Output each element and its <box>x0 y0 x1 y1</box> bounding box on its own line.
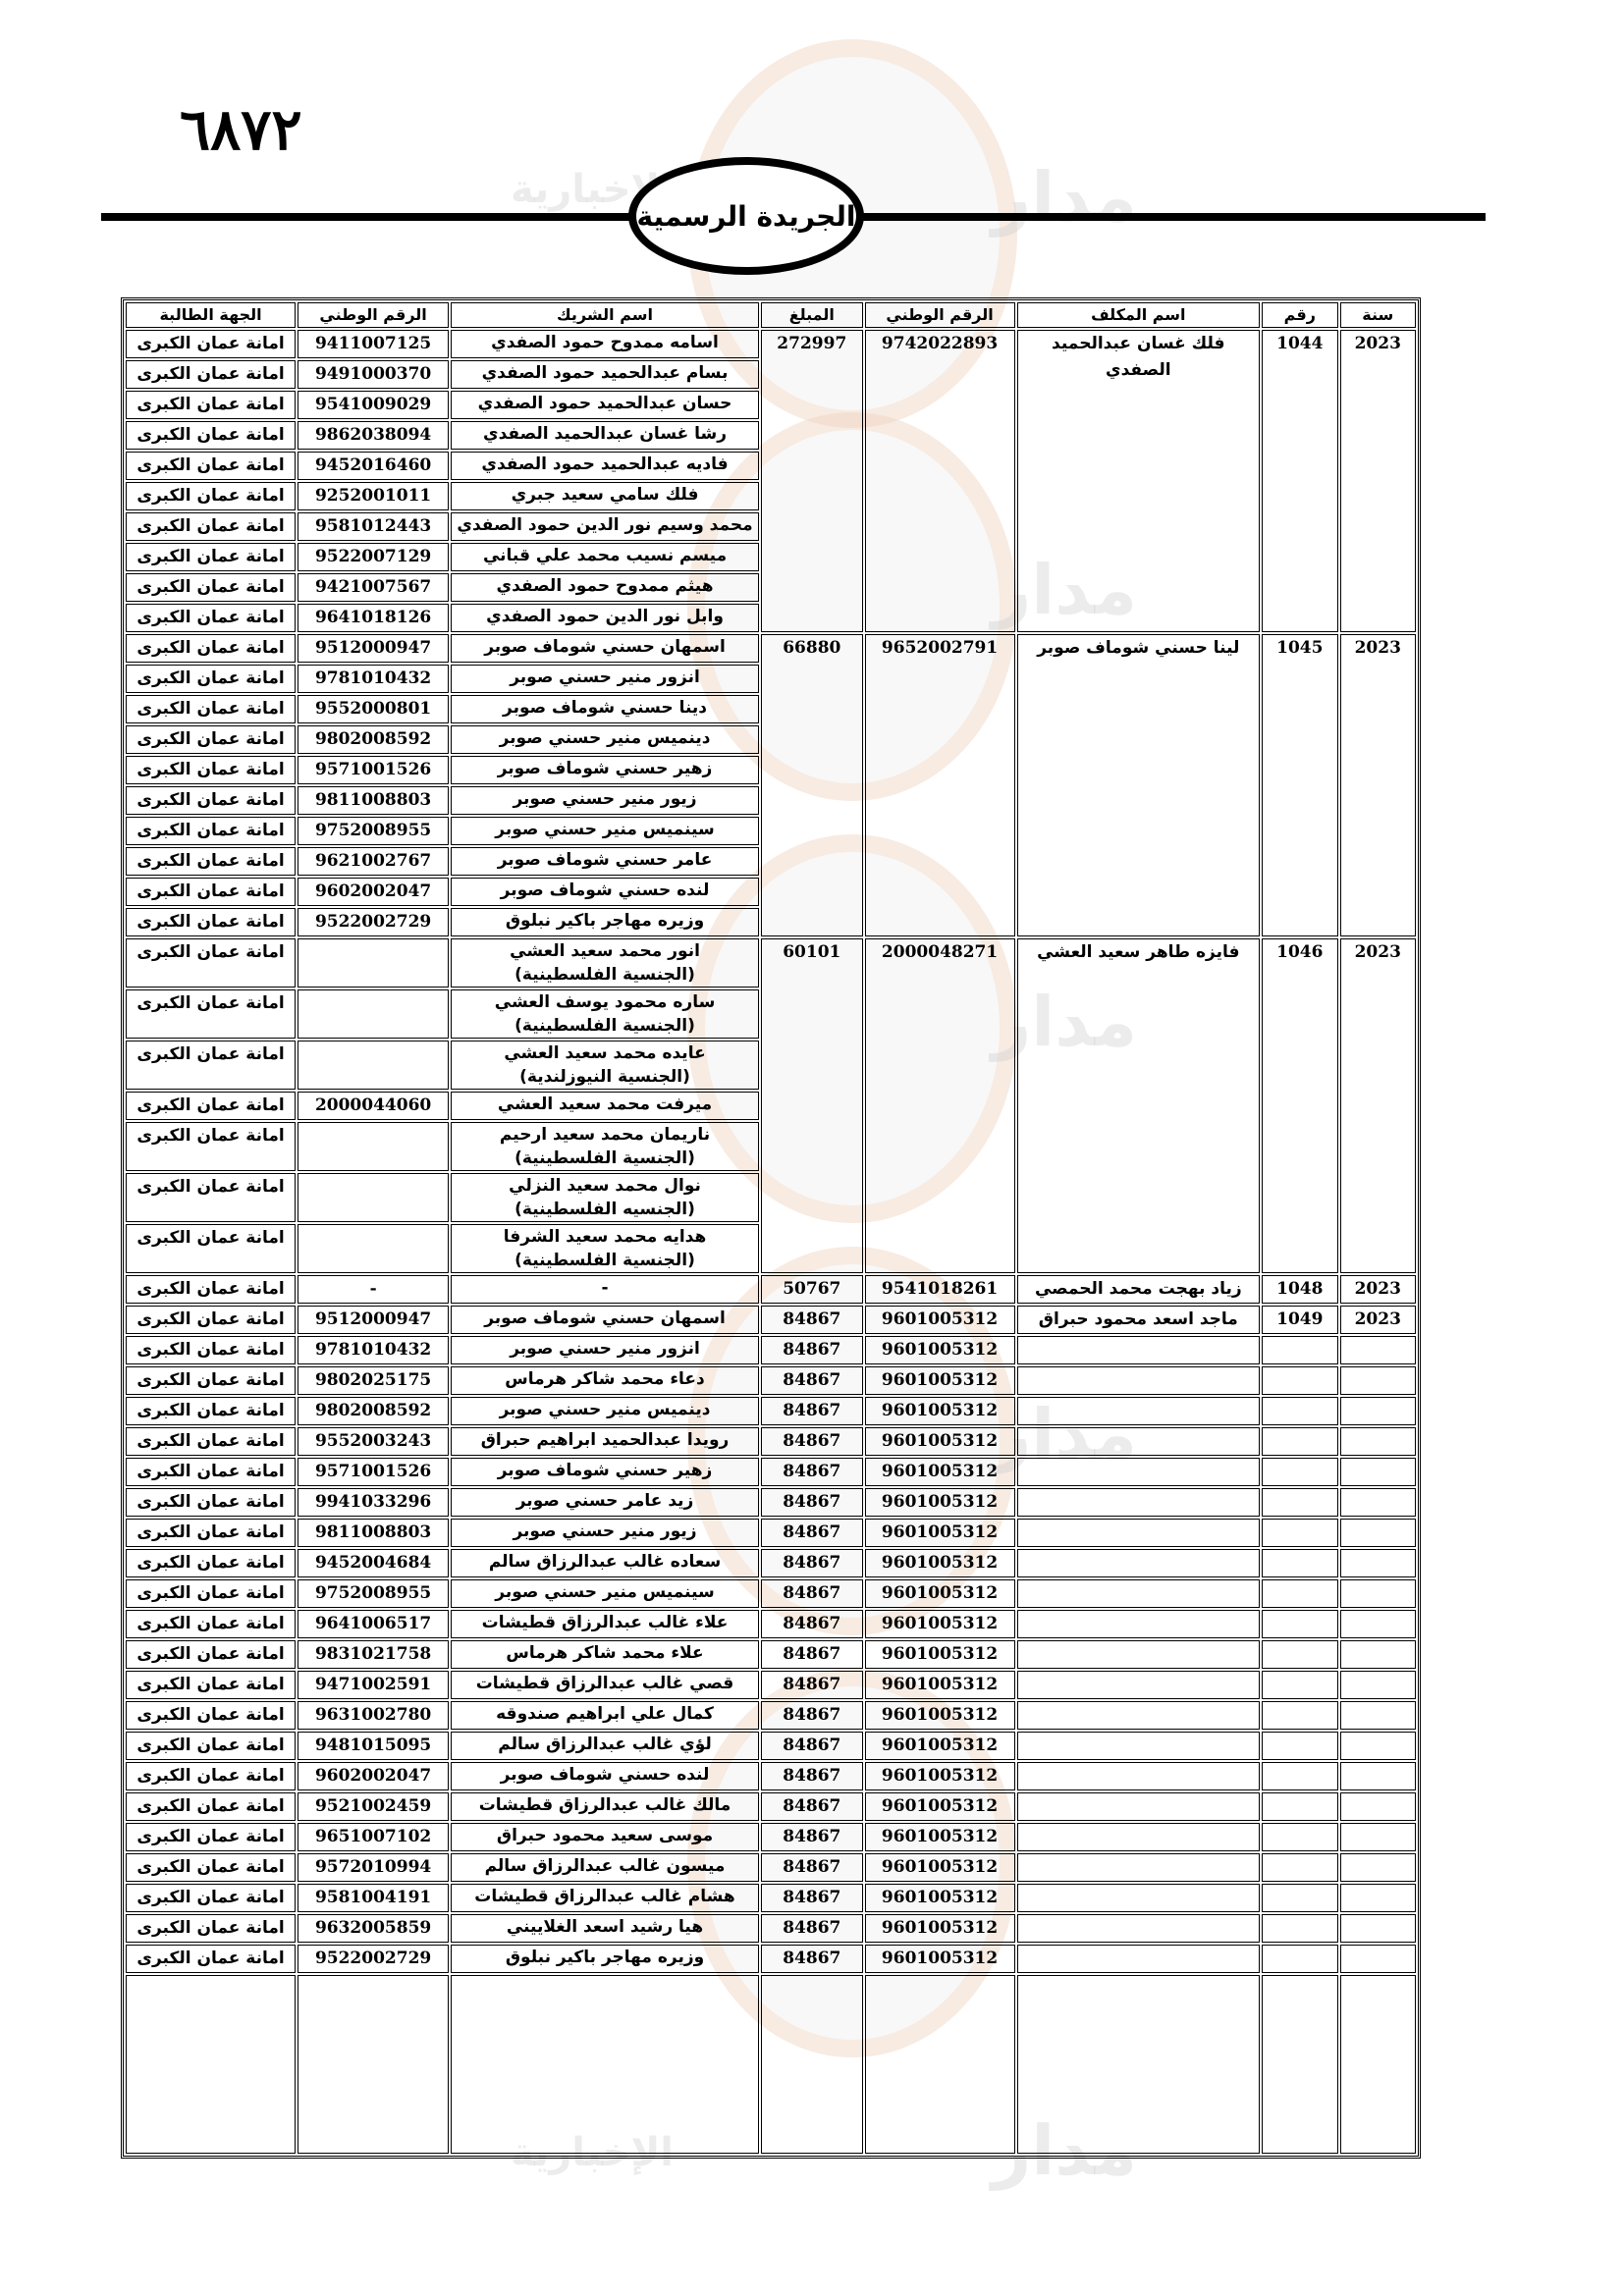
cell-requesting-body: امانة عمان الكبرى <box>126 573 296 602</box>
cell-requesting-body: امانة عمان الكبرى <box>126 1884 296 1912</box>
cell-partner-name: زيور منير حسني صوبر <box>451 1519 759 1547</box>
page-number: ٦٨٧٢ <box>180 96 302 163</box>
partner-name: هيا رشيد اسعد الغلاييني <box>456 1915 754 1939</box>
cell-partner-name: هيثم ممدوح حمود الصفدي <box>451 573 759 602</box>
cell-year <box>1340 1397 1416 1425</box>
table-row: 20231045لينا حسني شوماف صوبر965200279166… <box>126 634 1416 663</box>
cell-owner-name <box>1017 1458 1261 1486</box>
cell-amount: 50767 <box>761 1275 863 1304</box>
cell-partner-id: 9831021758 <box>298 1640 449 1669</box>
cell-partner-name: عايده محمد سعيد العشي(الجنسية النيوزلندي… <box>451 1041 759 1090</box>
cell-partner-id: 9631002780 <box>298 1701 449 1730</box>
cell-number: 1048 <box>1262 1275 1337 1304</box>
table-body: 20231044فلك غسان عبدالحميد الصفدي9742022… <box>126 330 1416 2154</box>
gazette-table: سنة رقم اسم المكلف الرقم الوطني المبلغ ا… <box>121 297 1421 2159</box>
cell-requesting-body: امانة عمان الكبرى <box>126 878 296 906</box>
cell-owner-id: 9601005312 <box>865 1366 1015 1395</box>
cell-requesting-body: امانة عمان الكبرى <box>126 452 296 480</box>
cell-partner-id: 9411007125 <box>298 330 449 358</box>
cell-amount: 84867 <box>761 1519 863 1547</box>
cell-amount: 84867 <box>761 1336 863 1364</box>
cell-partner-id: 2000044060 <box>298 1092 449 1120</box>
cell-amount: 84867 <box>761 1427 863 1456</box>
table-row: 960100531284867موسى سعيد محمود حبراق9651… <box>126 1823 1416 1851</box>
cell-requesting-body: امانة عمان الكبرى <box>126 543 296 571</box>
cell-partner-name: انزور منير حسني صوبر <box>451 665 759 693</box>
cell-owner-id: 9601005312 <box>865 1458 1015 1486</box>
cell-amount: 84867 <box>761 1732 863 1760</box>
cell-partner-id: 9862038094 <box>298 421 449 450</box>
table-row: 960100531284867زيد عامر حسني صوبر9941033… <box>126 1488 1416 1517</box>
cell-owner-id: 9601005312 <box>865 1732 1015 1760</box>
cell-amount: 84867 <box>761 1397 863 1425</box>
cell-requesting-body: امانة عمان الكبرى <box>126 1914 296 1943</box>
cell-partner-id: 9781010432 <box>298 1336 449 1364</box>
partner-name: كمال علي ابراهيم صندوقه <box>456 1702 754 1726</box>
cell-requesting-body: امانة عمان الكبرى <box>126 512 296 541</box>
cell-requesting-body: امانة عمان الكبرى <box>126 786 296 815</box>
table-row: 20231044فلك غسان عبدالحميد الصفدي9742022… <box>126 330 1416 358</box>
cell-requesting-body: امانة عمان الكبرى <box>126 1173 296 1222</box>
partner-name: زهير حسني شوماف صوبر <box>456 1459 754 1482</box>
cell-owner-name <box>1017 1914 1261 1943</box>
cell-partner-name: دينميس منير حسني صوبر <box>451 1397 759 1425</box>
cell-owner-name <box>1017 1336 1261 1364</box>
table-row: 960100531284867سينميس منير حسني صوبر9752… <box>126 1579 1416 1608</box>
cell-partner-id: 9802008592 <box>298 1397 449 1425</box>
cell-number <box>1262 1914 1337 1943</box>
cell-year <box>1340 1458 1416 1486</box>
cell-number-empty <box>1262 1975 1337 2154</box>
cell-partner-name: ناريمان محمد سعيد ارحيم(الجنسية الفلسطين… <box>451 1122 759 1171</box>
cell-owner-name <box>1017 1792 1261 1821</box>
cell-partner-id: 9541009029 <box>298 391 449 419</box>
cell-requesting-body: امانة عمان الكبرى <box>126 1092 296 1120</box>
cell-partner-name: سينميس منير حسني صوبر <box>451 1579 759 1608</box>
cell-number <box>1262 1336 1337 1364</box>
cell-owner-id: 9601005312 <box>865 1914 1015 1943</box>
cell-amount: 84867 <box>761 1579 863 1608</box>
cell-amount: 84867 <box>761 1762 863 1790</box>
cell-owner-id: 9601005312 <box>865 1671 1015 1699</box>
cell-owner-id: 9601005312 <box>865 1488 1015 1517</box>
cell-owner-id: 9652002791 <box>865 634 1015 936</box>
cell-owner-id: 9601005312 <box>865 1610 1015 1638</box>
cell-owner-name: ماجد اسعد محمود حبراق <box>1017 1306 1261 1334</box>
cell-partner-id: 9802008592 <box>298 725 449 754</box>
partner-name: ميسم نسيب محمد علي قباني <box>456 544 754 567</box>
cell-owner-name <box>1017 1397 1261 1425</box>
partner-name: هيثم ممدوح حمود الصفدي <box>456 574 754 598</box>
cell-number <box>1262 1945 1337 1973</box>
cell-year <box>1340 1488 1416 1517</box>
cell-requesting-body: امانة عمان الكبرى <box>126 1224 296 1273</box>
cell-partner-id: 9491000370 <box>298 360 449 389</box>
cell-owner-id: 9742022893 <box>865 330 1015 632</box>
cell-partner-id: 9571001526 <box>298 1458 449 1486</box>
cell-owner-id: 9601005312 <box>865 1945 1015 1973</box>
cell-partner-id: 9651007102 <box>298 1823 449 1851</box>
cell-partner-name: لنده حسني شوماف صوبر <box>451 878 759 906</box>
cell-partner-id: 9512000947 <box>298 634 449 663</box>
cell-partner-id: 9581004191 <box>298 1884 449 1912</box>
cell-requesting-body: امانة عمان الكبرى <box>126 330 296 358</box>
cell-partner-name: ميسم نسيب محمد علي قباني <box>451 543 759 571</box>
cell-amount: 84867 <box>761 1549 863 1577</box>
cell-partner-id: 9452004684 <box>298 1549 449 1577</box>
partner-name: محمد وسيم نور الدين حمود الصفدي <box>456 513 754 537</box>
cell-amount: 272997 <box>761 330 863 632</box>
cell-partner-id: 9521002459 <box>298 1792 449 1821</box>
cell-partner-id: 9781010432 <box>298 665 449 693</box>
cell-partner-id: 9621002767 <box>298 847 449 876</box>
partner-name: انزور منير حسني صوبر <box>456 666 754 689</box>
cell-requesting-body: امانة عمان الكبرى <box>126 1701 296 1730</box>
cell-partner-id: 9752008955 <box>298 1579 449 1608</box>
cell-number <box>1262 1488 1337 1517</box>
cell-requesting-body: امانة عمان الكبرى <box>126 1945 296 1973</box>
partner-name: عامر حسني شوماف صوبر <box>456 848 754 872</box>
gazette-title: الجريدة الرسمية <box>637 200 856 233</box>
cell-year: 2023 <box>1340 634 1416 936</box>
cell-partner-name: وزيره مهاجر باكير نبلوق <box>451 908 759 936</box>
cell-requesting-body: امانة عمان الكبرى <box>126 1853 296 1882</box>
cell-partner-name: ميرفت محمد سعيد العشي <box>451 1092 759 1120</box>
table-row: 960100531284867سعاده غالب عبدالرزاق سالم… <box>126 1549 1416 1577</box>
cell-amount: 60101 <box>761 938 863 1273</box>
cell-year <box>1340 1762 1416 1790</box>
cell-number <box>1262 1640 1337 1669</box>
partner-name: وزيره مهاجر باكير نبلوق <box>456 909 754 933</box>
cell-number <box>1262 1701 1337 1730</box>
cell-owner-name <box>1017 1671 1261 1699</box>
cell-owner-name: لينا حسني شوماف صوبر <box>1017 634 1261 936</box>
cell-amount-empty <box>761 1975 863 2154</box>
cell-partner-name: رشا غسان عبدالحميد الصفدي <box>451 421 759 450</box>
partner-name: علاء محمد شاكر هرماس <box>456 1641 754 1665</box>
cell-partner-id: - <box>298 1275 449 1304</box>
cell-owner-name: زياد بهجت محمد الحمصي <box>1017 1275 1261 1304</box>
cell-partner-name: انزور منير حسني صوبر <box>451 1336 759 1364</box>
cell-owner-id: 9601005312 <box>865 1579 1015 1608</box>
table-row: 960100531284867زهير حسني شوماف صوبر95710… <box>126 1458 1416 1486</box>
partner-name: فلك سامي سعيد جبري <box>456 483 754 507</box>
cell-requesting-body: امانة عمان الكبرى <box>126 989 296 1039</box>
cell-requesting-body: امانة عمان الكبرى <box>126 756 296 784</box>
cell-owner-id: 9601005312 <box>865 1519 1015 1547</box>
cell-partner-name: دينميس منير حسني صوبر <box>451 725 759 754</box>
table-row: 960100531284867دينميس منير حسني صوبر9802… <box>126 1397 1416 1425</box>
cell-partner-name: حسان عبدالحميد حمود الصفدي <box>451 391 759 419</box>
cell-partner-name: كمال علي ابراهيم صندوقه <box>451 1701 759 1730</box>
partner-name: زيور منير حسني صوبر <box>456 1520 754 1543</box>
cell-owner-id: 9601005312 <box>865 1549 1015 1577</box>
cell-partner-name: زهير حسني شوماف صوبر <box>451 756 759 784</box>
cell-requesting-body: امانة عمان الكبرى <box>126 1275 296 1304</box>
cell-partner-id: 9522002729 <box>298 908 449 936</box>
cell-partner-id: 9571001526 <box>298 756 449 784</box>
cell-requesting-body: امانة عمان الكبرى <box>126 1458 296 1486</box>
table-row: 960100531284867لنده حسني شوماف صوبر96020… <box>126 1762 1416 1790</box>
cell-year <box>1340 1549 1416 1577</box>
table-header-row: سنة رقم اسم المكلف الرقم الوطني المبلغ ا… <box>126 302 1416 328</box>
cell-requesting-body: امانة عمان الكبرى <box>126 1397 296 1425</box>
cell-requesting-body: امانة عمان الكبرى <box>126 421 296 450</box>
cell-owner-name <box>1017 1823 1261 1851</box>
partner-name: قصي غالب عبدالرزاق قطيشات <box>456 1672 754 1695</box>
table-row: 960100531284867علاء غالب عبدالرزاق قطيشا… <box>126 1610 1416 1638</box>
cell-owner-name <box>1017 1488 1261 1517</box>
partner-name: - <box>456 1276 754 1300</box>
cell-requesting-body: امانة عمان الكبرى <box>126 847 296 876</box>
cell-amount: 84867 <box>761 1488 863 1517</box>
cell-partner-name: - <box>451 1275 759 1304</box>
cell-partner-name: موسى سعيد محمود حبراق <box>451 1823 759 1851</box>
cell-requesting-body: امانة عمان الكبرى <box>126 1610 296 1638</box>
cell-owner-id-empty <box>865 1975 1015 2154</box>
cell-owner-id: 9601005312 <box>865 1306 1015 1334</box>
partner-name: ساره محمود يوسف العشي <box>456 990 754 1014</box>
cell-owner-name <box>1017 1732 1261 1760</box>
partner-name: انور محمد سعيد العشي <box>456 939 754 963</box>
table-row: 960100531284867انزور منير حسني صوبر97810… <box>126 1336 1416 1364</box>
cell-requesting-body: امانة عمان الكبرى <box>126 1336 296 1364</box>
cell-number: 1049 <box>1262 1306 1337 1334</box>
cell-partner-name: دينا حسني شوماف صوبر <box>451 695 759 723</box>
cell-partner-id: 9632005859 <box>298 1914 449 1943</box>
partner-name: اسمهان حسني شوماف صوبر <box>456 635 754 659</box>
cell-amount: 84867 <box>761 1914 863 1943</box>
cell-year <box>1340 1853 1416 1882</box>
cell-number: 1045 <box>1262 634 1337 936</box>
partner-name: نوال محمد سعيد النزلي <box>456 1174 754 1198</box>
partner-name: سينميس منير حسني صوبر <box>456 818 754 841</box>
cell-partner-name: ميسون غالب عبدالرزاق سالم <box>451 1853 759 1882</box>
cell-amount: 84867 <box>761 1792 863 1821</box>
cell-partner-name: دعاء محمد شاكر هرماس <box>451 1366 759 1395</box>
cell-owner-id: 9601005312 <box>865 1336 1015 1364</box>
cell-year: 2023 <box>1340 1275 1416 1304</box>
cell-owner-name <box>1017 1853 1261 1882</box>
cell-requesting-body: امانة عمان الكبرى <box>126 1640 296 1669</box>
partner-name: وابل نور الدين حمود الصفدي <box>456 605 754 628</box>
cell-partner-id: 9641006517 <box>298 1610 449 1638</box>
cell-requesting-body: امانة عمان الكبرى <box>126 1762 296 1790</box>
cell-amount: 84867 <box>761 1306 863 1334</box>
table-row: 960100531284867لؤي غالب عبدالرزاق سالم94… <box>126 1732 1416 1760</box>
cell-partner-id <box>298 989 449 1039</box>
cell-partner-name: فلك سامي سعيد جبري <box>451 482 759 510</box>
table-row: 960100531284867ميسون غالب عبدالرزاق سالم… <box>126 1853 1416 1882</box>
partner-name: وزيره مهاجر باكير نبلوق <box>456 1946 754 1969</box>
cell-partner-name: عامر حسني شوماف صوبر <box>451 847 759 876</box>
cell-requesting-body-empty <box>126 1975 296 2154</box>
cell-partner-name: هشام غالب عبدالرزاق قطيشات <box>451 1884 759 1912</box>
cell-owner-id: 9601005312 <box>865 1762 1015 1790</box>
cell-requesting-body: امانة عمان الكبرى <box>126 695 296 723</box>
cell-partner-id <box>298 1041 449 1090</box>
table-row: 960100531284867هشام غالب عبدالرزاق قطيشا… <box>126 1884 1416 1912</box>
cell-number: 1044 <box>1262 330 1337 632</box>
cell-year <box>1340 1640 1416 1669</box>
cell-partner-name: اسمهان حسني شوماف صوبر <box>451 634 759 663</box>
cell-year <box>1340 1610 1416 1638</box>
partner-name: دينا حسني شوماف صوبر <box>456 696 754 720</box>
partner-name: سينميس منير حسني صوبر <box>456 1580 754 1604</box>
cell-number <box>1262 1549 1337 1577</box>
cell-partner-id <box>298 1122 449 1171</box>
cell-partner-name: سينميس منير حسني صوبر <box>451 817 759 845</box>
table-row: 20231049ماجد اسعد محمود حبراق96010053128… <box>126 1306 1416 1334</box>
watermark-brand: مدار <box>992 157 1137 238</box>
cell-requesting-body: امانة عمان الكبرى <box>126 665 296 693</box>
cell-owner-name: فلك غسان عبدالحميد الصفدي <box>1017 330 1261 632</box>
cell-number <box>1262 1458 1337 1486</box>
cell-partner-name: هدايه محمد سعيد الشرفا(الجنسية الفلسطيني… <box>451 1224 759 1273</box>
cell-partner-id: 9452016460 <box>298 452 449 480</box>
cell-owner-id: 9601005312 <box>865 1792 1015 1821</box>
cell-partner-id <box>298 1173 449 1222</box>
partner-name: علاء غالب عبدالرزاق قطيشات <box>456 1611 754 1634</box>
partner-name: فاديه عبدالحميد حمود الصفدي <box>456 453 754 476</box>
partner-name: حسان عبدالحميد حمود الصفدي <box>456 392 754 415</box>
partner-nationality-note: (الجنسية النيوزلندية) <box>456 1065 754 1089</box>
partner-name: هشام غالب عبدالرزاق قطيشات <box>456 1885 754 1908</box>
cell-amount: 84867 <box>761 1945 863 1973</box>
cell-partner-name: وزيره مهاجر باكير نبلوق <box>451 1945 759 1973</box>
cell-partner-name: لؤي غالب عبدالرزاق سالم <box>451 1732 759 1760</box>
cell-owner-id: 9601005312 <box>865 1701 1015 1730</box>
cell-owner-name <box>1017 1640 1261 1669</box>
cell-requesting-body: امانة عمان الكبرى <box>126 391 296 419</box>
partner-name: مالك غالب عبدالرزاق قطيشات <box>456 1793 754 1817</box>
cell-partner-name: ساره محمود يوسف العشي(الجنسية الفلسطينية… <box>451 989 759 1039</box>
partner-name: اسمهان حسني شوماف صوبر <box>456 1307 754 1330</box>
cell-partner-name: قصي غالب عبدالرزاق قطيشات <box>451 1671 759 1699</box>
cell-amount: 84867 <box>761 1884 863 1912</box>
cell-owner-name <box>1017 1884 1261 1912</box>
cell-partner-id: 9552003243 <box>298 1427 449 1456</box>
cell-partner-id: 9481015095 <box>298 1732 449 1760</box>
partner-name: عايده محمد سعيد العشي <box>456 1041 754 1065</box>
cell-partner-id: 9811008803 <box>298 1519 449 1547</box>
cell-partner-id: 9522007129 <box>298 543 449 571</box>
cell-requesting-body: امانة عمان الكبرى <box>126 1671 296 1699</box>
cell-amount: 84867 <box>761 1701 863 1730</box>
partner-name: ناريمان محمد سعيد ارحيم <box>456 1123 754 1147</box>
cell-partner-id: 9522002729 <box>298 1945 449 1973</box>
cell-requesting-body: امانة عمان الكبرى <box>126 1306 296 1334</box>
cell-owner-id: 9601005312 <box>865 1397 1015 1425</box>
cell-requesting-body: امانة عمان الكبرى <box>126 1366 296 1395</box>
cell-partner-name: علاء غالب عبدالرزاق قطيشات <box>451 1610 759 1638</box>
cell-partner-name-empty <box>451 1975 759 2154</box>
cell-owner-name <box>1017 1610 1261 1638</box>
cell-requesting-body: امانة عمان الكبرى <box>126 1792 296 1821</box>
cell-requesting-body: امانة عمان الكبرى <box>126 482 296 510</box>
cell-owner-id: 9601005312 <box>865 1823 1015 1851</box>
cell-year <box>1340 1671 1416 1699</box>
cell-partner-name: هيا رشيد اسعد الغلاييني <box>451 1914 759 1943</box>
header-partner-id: الرقم الوطني <box>298 302 449 328</box>
table-filler-row <box>126 1975 1416 2154</box>
cell-partner-id: 9421007567 <box>298 573 449 602</box>
partner-nationality-note: (الجنسية الفلسطينية) <box>456 963 754 987</box>
cell-partner-id: 9252001011 <box>298 482 449 510</box>
cell-year: 2023 <box>1340 1306 1416 1334</box>
cell-year <box>1340 1732 1416 1760</box>
partner-name: اسامه ممدوح حمود الصفدي <box>456 331 754 354</box>
cell-owner-name <box>1017 1762 1261 1790</box>
table-row: 960100531284867دعاء محمد شاكر هرماس98020… <box>126 1366 1416 1395</box>
cell-partner-id <box>298 938 449 988</box>
partner-name: انزور منير حسني صوبر <box>456 1337 754 1361</box>
partner-name: دعاء محمد شاكر هرماس <box>456 1367 754 1391</box>
cell-owner-id: 9601005312 <box>865 1640 1015 1669</box>
cell-partner-name: مالك غالب عبدالرزاق قطيشات <box>451 1792 759 1821</box>
table-row: 20231048زياد بهجت محمد الحمصي95410182615… <box>126 1275 1416 1304</box>
header-number: رقم <box>1262 302 1337 328</box>
cell-partner-name: علاء محمد شاكر هرماس <box>451 1640 759 1669</box>
cell-partner-id <box>298 1224 449 1273</box>
cell-amount: 84867 <box>761 1671 863 1699</box>
cell-requesting-body: امانة عمان الكبرى <box>126 1041 296 1090</box>
cell-partner-id: 9811008803 <box>298 786 449 815</box>
partner-name: ميسون غالب عبدالرزاق سالم <box>456 1854 754 1878</box>
cell-owner-name <box>1017 1519 1261 1547</box>
cell-requesting-body: امانة عمان الكبرى <box>126 634 296 663</box>
partner-name: بسام عبدالحميد حمود الصفدي <box>456 361 754 385</box>
cell-number <box>1262 1519 1337 1547</box>
partner-name: لنده حسني شوماف صوبر <box>456 879 754 902</box>
cell-partner-name: وابل نور الدين حمود الصفدي <box>451 604 759 632</box>
header-requesting-body: الجهة الطالبة <box>126 302 296 328</box>
cell-requesting-body: امانة عمان الكبرى <box>126 1823 296 1851</box>
cell-partner-name: زهير حسني شوماف صوبر <box>451 1458 759 1486</box>
cell-partner-name: فاديه عبدالحميد حمود الصفدي <box>451 452 759 480</box>
table-row: 960100531284867وزيره مهاجر باكير نبلوق95… <box>126 1945 1416 1973</box>
cell-partner-name: رويدا عبدالحميد ابراهيم حبراق <box>451 1427 759 1456</box>
partner-name: دينميس منير حسني صوبر <box>456 726 754 750</box>
partner-name: لؤي غالب عبدالرزاق سالم <box>456 1733 754 1756</box>
cell-number <box>1262 1792 1337 1821</box>
cell-year <box>1340 1336 1416 1364</box>
cell-partner-id: 9802025175 <box>298 1366 449 1395</box>
table-row: 960100531284867زيور منير حسني صوبر981100… <box>126 1519 1416 1547</box>
partner-name: لنده حسني شوماف صوبر <box>456 1763 754 1787</box>
header-amount: المبلغ <box>761 302 863 328</box>
cell-partner-id: 9602002047 <box>298 878 449 906</box>
cell-requesting-body: امانة عمان الكبرى <box>126 908 296 936</box>
cell-owner-id: 9541018261 <box>865 1275 1015 1304</box>
cell-partner-name: محمد وسيم نور الدين حمود الصفدي <box>451 512 759 541</box>
cell-number <box>1262 1610 1337 1638</box>
cell-amount: 84867 <box>761 1640 863 1669</box>
partner-name: زيور منير حسني صوبر <box>456 787 754 811</box>
table-row: 960100531284867رويدا عبدالحميد ابراهيم ح… <box>126 1427 1416 1456</box>
cell-amount: 84867 <box>761 1366 863 1395</box>
cell-year <box>1340 1701 1416 1730</box>
cell-partner-name: لنده حسني شوماف صوبر <box>451 1762 759 1790</box>
partner-nationality-note: (الجنسية الفلسطينية) <box>456 1249 754 1272</box>
cell-number <box>1262 1853 1337 1882</box>
cell-partner-id: 9941033296 <box>298 1488 449 1517</box>
cell-requesting-body: امانة عمان الكبرى <box>126 1488 296 1517</box>
cell-number: 1046 <box>1262 938 1337 1273</box>
partner-name: زيد عامر حسني صوبر <box>456 1489 754 1513</box>
table-row: 960100531284867مالك غالب عبدالرزاق قطيشا… <box>126 1792 1416 1821</box>
cell-owner-name <box>1017 1579 1261 1608</box>
